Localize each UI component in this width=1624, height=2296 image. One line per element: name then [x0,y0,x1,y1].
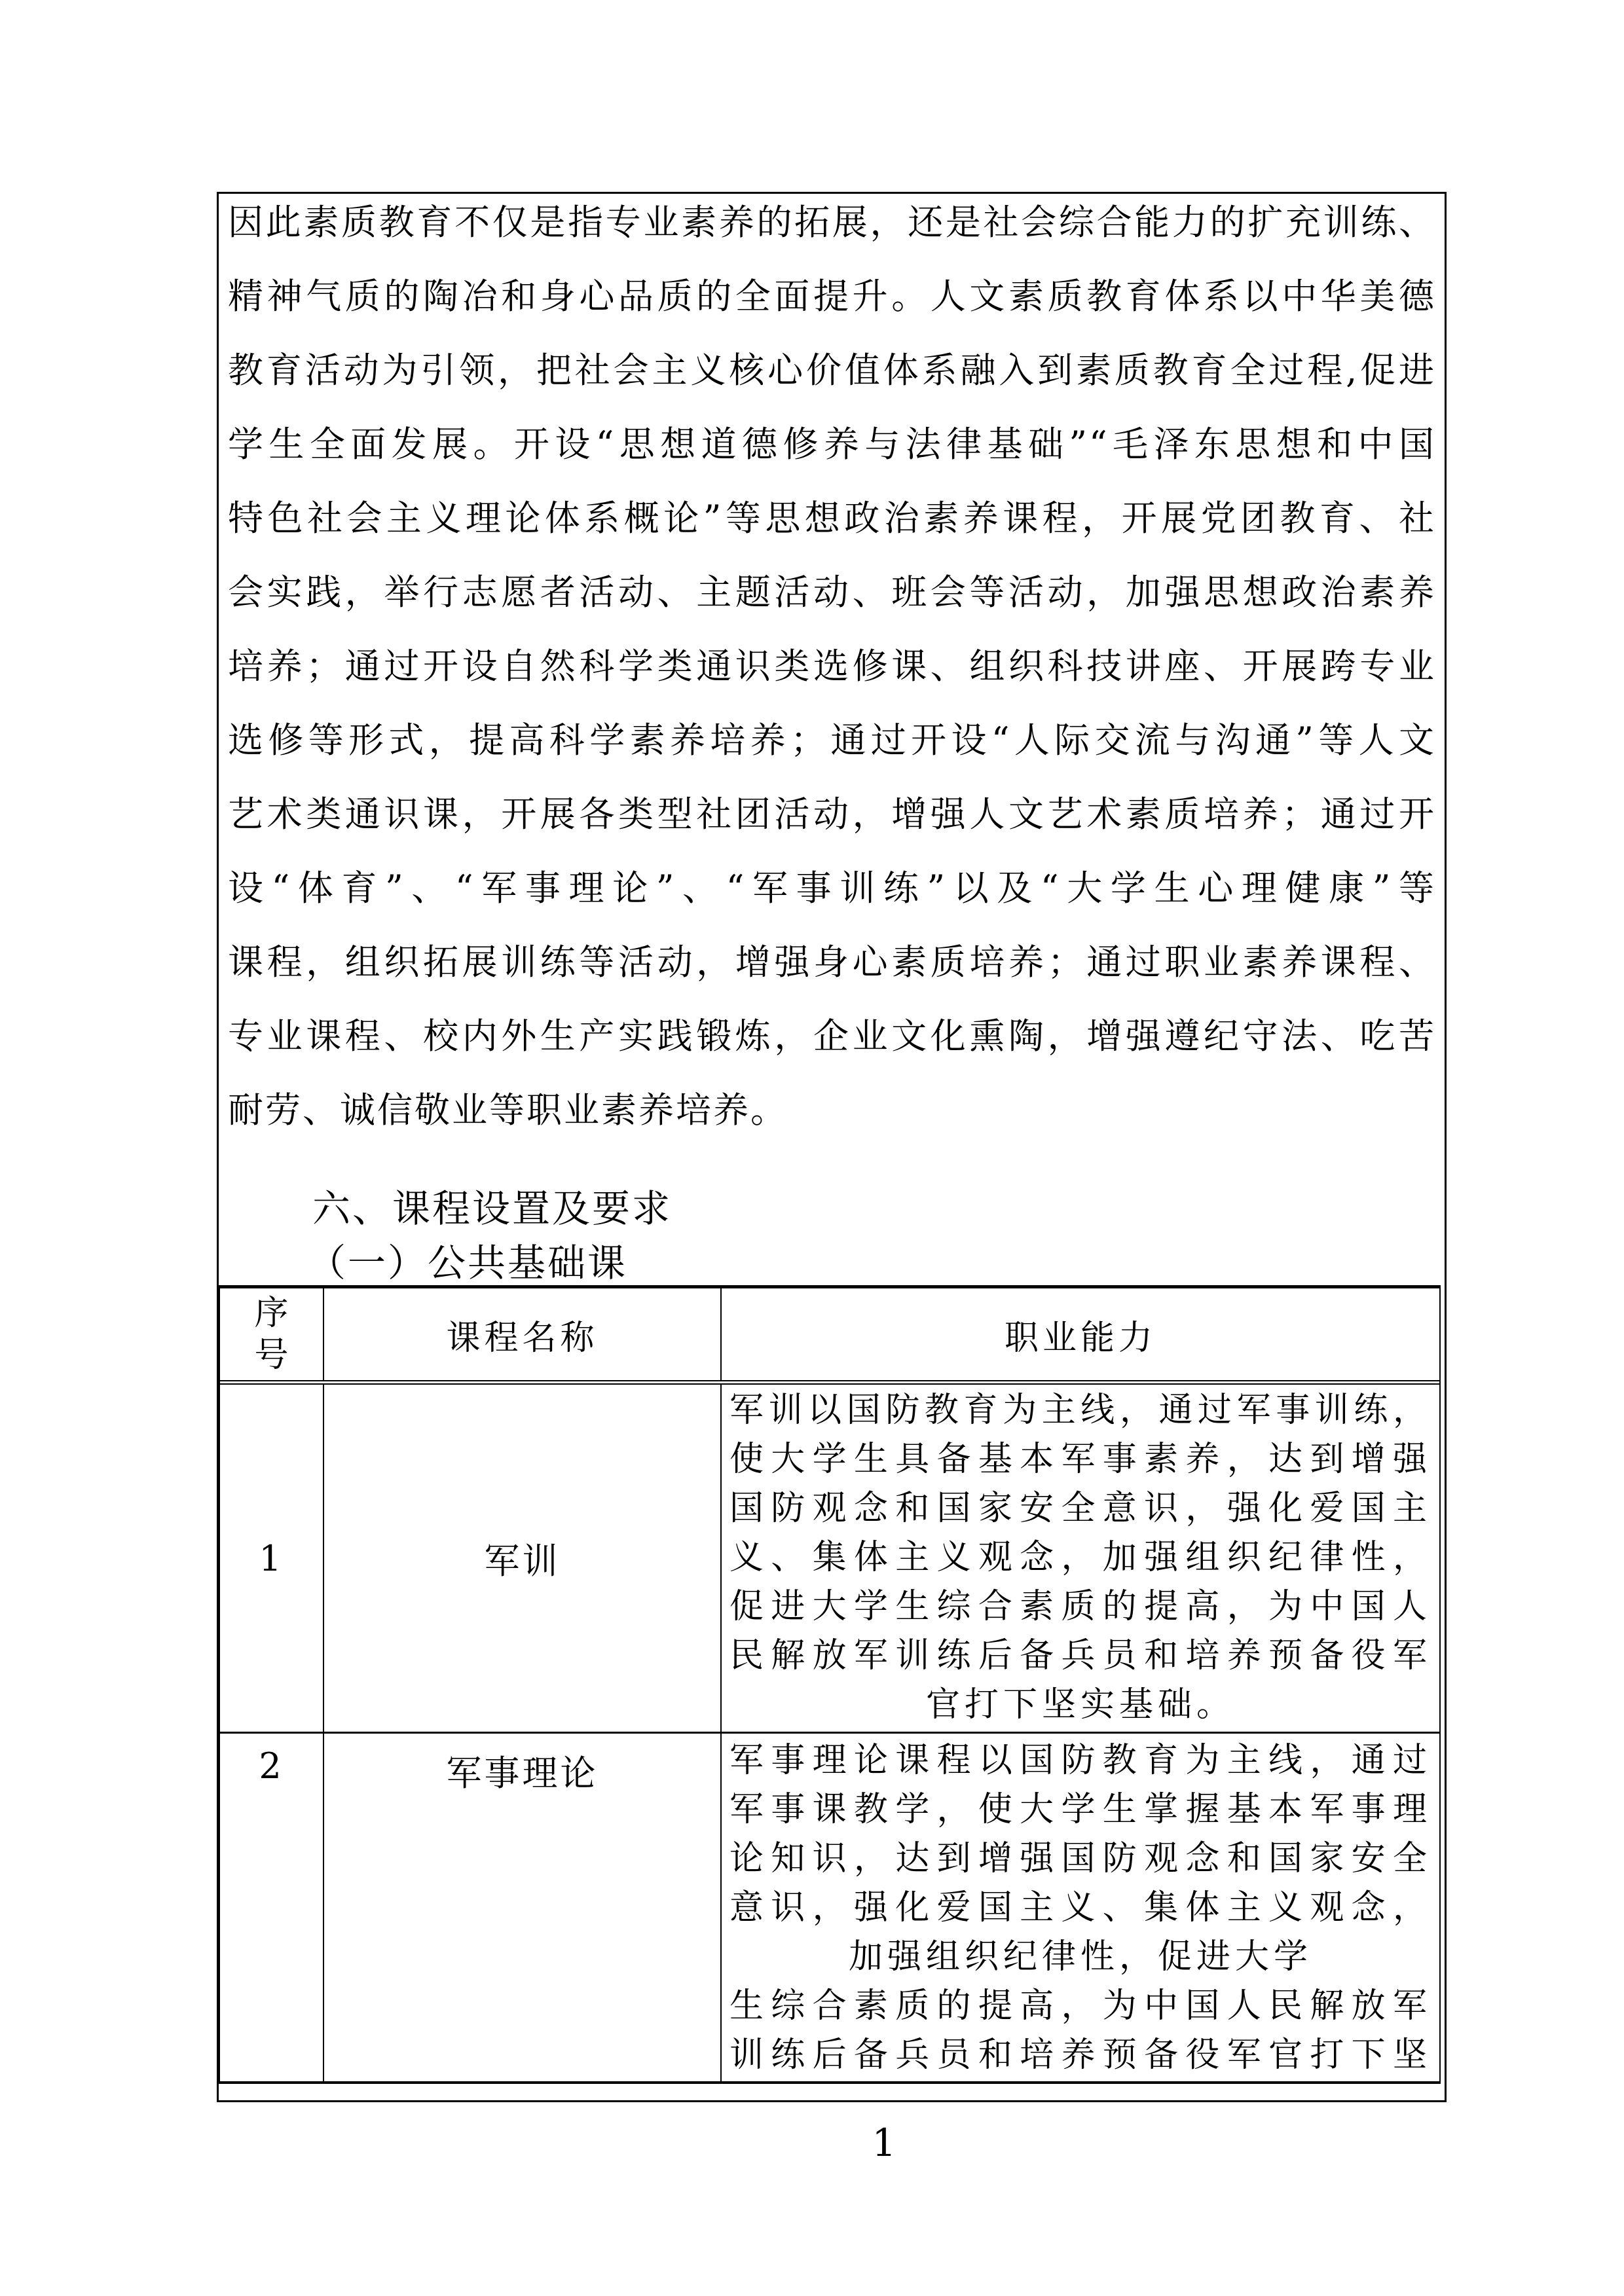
paragraph-line: 教育活动为引领，把社会主义核心价值体系融入到素质教育全过程,促进 [228,333,1436,407]
ability-text-line: 意识，强化爱国主义、集体主义观念， [729,1884,1431,1933]
ability-text-line: 训练后备兵员和培养预备役军官打下坚 [729,2031,1431,2080]
ability-text-line: 军训以国防教育为主线，通过军事训练， [729,1386,1431,1435]
ability-text-line: 使大学生具备基本军事素养，达到增强 [729,1435,1431,1484]
ability-text-line: 官打下坚实基础。 [729,1681,1431,1730]
subsection-heading: （一）公共基础课 [308,1233,627,1292]
page-number: 1 [845,2120,923,2166]
body-paragraph: 因此素质教育不仅是指专业素养的拓展，还是社会综合能力的扩充训练、精神气质的陶冶和… [228,185,1436,1147]
ability-text-line: 生综合素质的提高，为中国人民解放军 [729,1982,1431,2031]
paragraph-line: 课程，组织拓展训练等活动，增强身心素质培养；通过职业素养课程、 [228,925,1436,999]
paragraph-line: 设“体育”、“军事理论”、“军事训练”以及“大学生心理健康”等 [228,851,1436,925]
courses-table: 序 号 课程名称 职业能力 1 军训 军训以国防教育为主线，通过军事训练，使大学… [219,1285,1441,2084]
ability-text-line: 军事课教学，使大学生掌握基本军事理 [729,1785,1431,1834]
paragraph-line: 精神气质的陶冶和身心品质的全面提升。人文素质教育体系以中华美德 [228,259,1436,333]
paragraph-line: 因此素质教育不仅是指专业素养的拓展，还是社会综合能力的扩充训练、 [228,185,1436,259]
course-name-cell: 军事理论 [324,1734,722,2081]
ability-text-line: 加强组织纪律性，促进大学 [729,1933,1431,1982]
paragraph-line: 会实践，举行志愿者活动、主题活动、班会等活动，加强思想政治素养 [228,555,1436,629]
ability-text-line: 义、集体主义观念，加强组织纪律性， [729,1533,1431,1582]
ability-cell: 军事理论课程以国防教育为主线，通过军事课教学，使大学生掌握基本军事理论知识，达到… [722,1734,1439,2081]
paragraph-line: 耐劳、诚信敬业等职业素养培养。 [228,1073,1436,1147]
ability-text-line: 促进大学生综合素质的提高，为中国人 [729,1582,1431,1631]
seq-cell: 2 [220,1734,324,2081]
paragraph-line: 特色社会主义理论体系概论”等思想政治素养课程，开展党团教育、社 [228,481,1436,555]
ability-text-line: 民解放军训练后备兵员和培养预备役军 [729,1631,1431,1681]
paragraph-line: 学生全面发展。开设“思想道德修养与法律基础”“毛泽东思想和中国 [228,407,1436,481]
course-name-cell: 军训 [324,1385,722,1732]
table-header-row: 序 号 课程名称 职业能力 [220,1288,1439,1385]
ability-cell: 军训以国防教育为主线，通过军事训练，使大学生具备基本军事素养，达到增强国防观念和… [722,1385,1439,1732]
ability-column-header: 职业能力 [722,1288,1439,1380]
seq-cell: 1 [220,1385,324,1732]
paragraph-line: 培养；通过开设自然科学类通识类选修课、组织科技讲座、开展跨专业 [228,629,1436,703]
course-name-column-header: 课程名称 [324,1288,722,1380]
ability-text-line: 军事理论课程以国防教育为主线，通过 [729,1736,1431,1785]
paragraph-line: 选修等形式，提高科学素养培养；通过开设“人际交流与沟通”等人文 [228,703,1436,777]
seq-column-header: 序 号 [220,1288,324,1380]
document-page: 因此素质教育不仅是指专业素养的拓展，还是社会综合能力的扩充训练、精神气质的陶冶和… [0,0,1624,2296]
seq-header-line1: 序 [254,1292,288,1334]
section-heading: 六、课程设置及要求 [312,1177,672,1240]
paragraph-line: 艺术类通识课，开展各类型社团活动，增强人文艺术素质培养；通过开 [228,777,1436,851]
table-row: 2 军事理论 军事理论课程以国防教育为主线，通过军事课教学，使大学生掌握基本军事… [220,1734,1439,2081]
table-row: 1 军训 军训以国防教育为主线，通过军事训练，使大学生具备基本军事素养，达到增强… [220,1385,1439,1734]
ability-text-line: 国防观念和国家安全意识，强化爱国主 [729,1484,1431,1533]
seq-header-line2: 号 [254,1334,288,1376]
ability-text-line: 论知识，达到增强国防观念和国家安全 [729,1834,1431,1884]
paragraph-line: 专业课程、校内外生产实践锻炼，企业文化熏陶，增强遵纪守法、吃苦 [228,999,1436,1073]
